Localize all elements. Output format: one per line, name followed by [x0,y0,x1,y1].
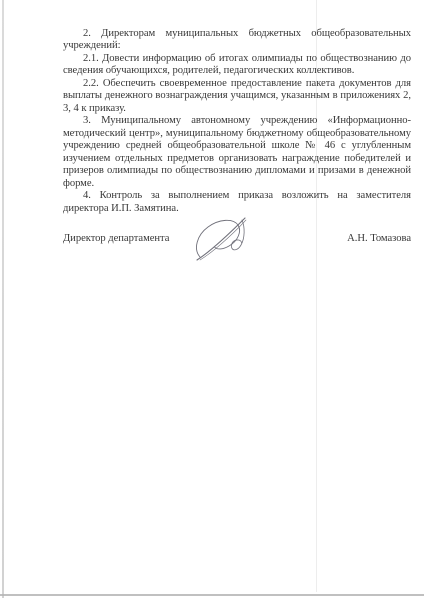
scan-edge-left [2,0,4,598]
scan-edge-bottom [0,594,424,596]
scanned-document-page: 2. Директорам муниципальных бюджетных об… [0,0,424,598]
document-body: 2. Директорам муниципальных бюджетных об… [63,0,411,246]
paragraph-item-2: 2. Директорам муниципальных бюджетных об… [63,28,411,53]
signature-scribble [193,217,253,261]
signature-block: Директор департамента А.Н. Томазова [63,233,411,246]
signatory-name: А.Н. Томазова [347,233,411,246]
paragraph-item-2-2: 2.2. Обеспечить своевременное предоставл… [63,78,411,116]
paragraph-item-2-1: 2.1. Довести информацию об итогах олимпи… [63,53,411,78]
paragraph-item-4: 4. Контроль за выполнением приказа возло… [63,190,411,215]
signatory-title: Директор департамента [63,233,169,246]
paragraph-item-3: 3. Муниципальному автономному учреждению… [63,115,411,190]
